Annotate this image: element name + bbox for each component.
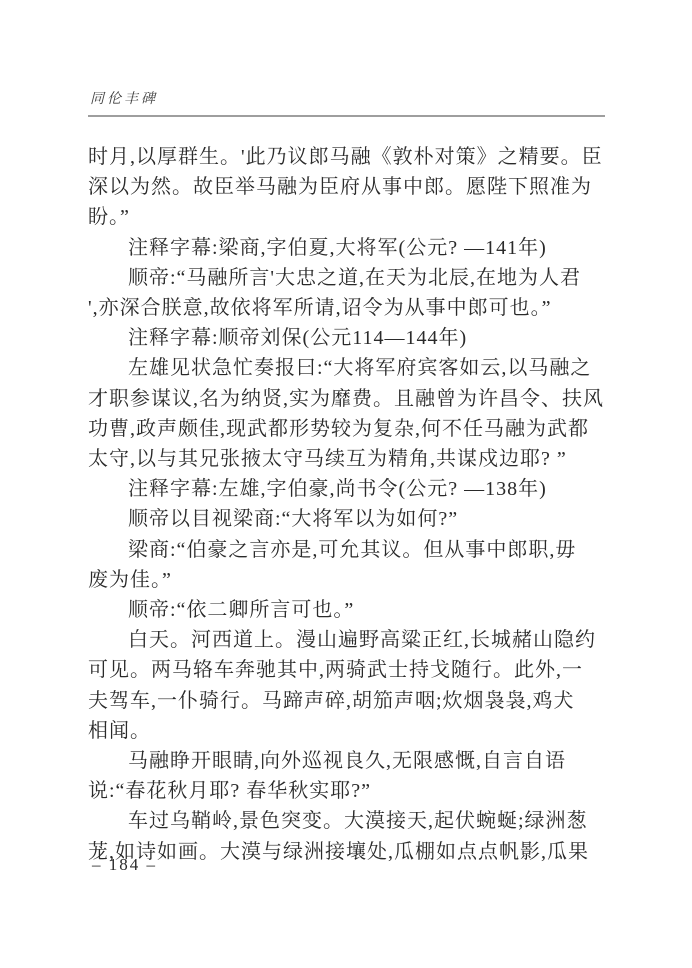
text-line: 相闻。 xyxy=(88,716,608,746)
text-line: 车过乌鞘岭,景色突变。大漠接天,起伏蜿蜒;绿洲葱 xyxy=(88,806,608,836)
text-line: 太守,以与其兄张掖太守马续互为精角,共谋戍边耶? ” xyxy=(88,444,608,474)
text-line: 时月,以厚群生。'此乃议郎马融《敦朴对策》之精要。臣 xyxy=(88,142,608,172)
text-line: 可见。两马辂车奔驰其中,两骑武士持戈随行。此外,一 xyxy=(88,655,608,685)
text-line: 左雄见状急忙奏报曰:“大将军府宾客如云,以马融之 xyxy=(88,353,608,383)
text-line: 顺帝以目视梁商:“大将军以为如何?” xyxy=(88,504,608,534)
text-line: 梁商:“伯豪之言亦是,可允其议。但从事中郎职,毋 xyxy=(88,535,608,565)
text-line: 废为佳。” xyxy=(88,565,608,595)
header-rule xyxy=(88,115,605,117)
text-line: 才职参谋议,名为纳贤,实为靡费。且融曾为许昌令、扶风 xyxy=(88,384,608,414)
text-line: 夫驾车,一仆骑行。马蹄声碎,胡笳声咽;炊烟袅袅,鸡犬 xyxy=(88,686,608,716)
book-page: 同伦丰碑 时月,以厚群生。'此乃议郎马融《敦朴对策》之精要。臣深以为然。故臣举马… xyxy=(0,0,692,968)
running-title: 同伦丰碑 xyxy=(90,88,158,108)
text-lines: 时月,以厚群生。'此乃议郎马融《敦朴对策》之精要。臣深以为然。故臣举马融为臣府从… xyxy=(88,142,608,867)
text-line: 功曹,政声颇佳,现武都形势较为复杂,何不任马融为武都 xyxy=(88,414,608,444)
text-line: 注释字幕:左雄,字伯豪,尚书令(公元? —138年) xyxy=(88,474,608,504)
text-line: 说:“春花秋月耶? 春华秋实耶?” xyxy=(88,776,608,806)
text-line: 马融睁开眼睛,向外巡视良久,无限感慨,自言自语 xyxy=(88,746,608,776)
text-line: 深以为然。故臣举马融为臣府从事中郎。愿陛下照准为 xyxy=(88,172,608,202)
text-line: 茏,如诗如画。大漠与绿洲接壤处,瓜棚如点点帆影,瓜果 xyxy=(88,837,608,867)
text-line: 顺帝:“马融所言'大忠之道,在天为北辰,在地为人君 xyxy=(88,263,608,293)
text-line: 白天。河西道上。漫山遍野高粱正红,长城赭山隐约 xyxy=(88,625,608,655)
text-line: 注释字幕:梁商,字伯夏,大将军(公元? —141年) xyxy=(88,233,608,263)
page-number: – 184 – xyxy=(92,855,157,875)
text-line: 盼。” xyxy=(88,202,608,232)
text-line: 注释字幕:顺帝刘保(公元114—144年) xyxy=(88,323,608,353)
text-line: ',亦深合朕意,故依将军所请,诏令为从事中郎可也。” xyxy=(88,293,608,323)
text-line: 顺帝:“依二卿所言可也。” xyxy=(88,595,608,625)
